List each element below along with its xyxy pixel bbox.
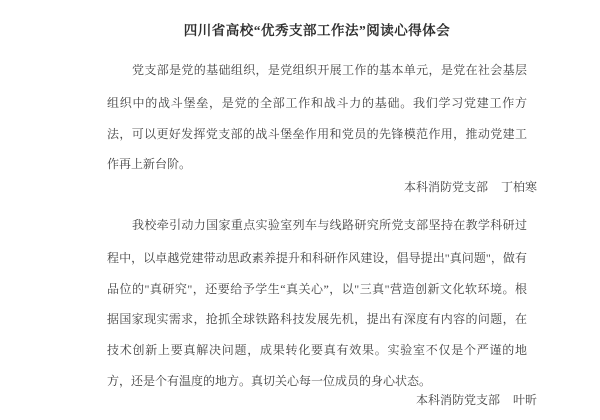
signature-block-2: 本科消防党支部叶昕 <box>107 392 537 408</box>
paragraph2-line-2: 程中，以卓越党建带动思政素养提升和科研作风建设，倡导提出"真问题"，做有 <box>107 250 527 266</box>
signature-block-1: 本科消防党支部丁柏寒 <box>107 179 537 195</box>
signature1-name: 丁柏寒 <box>501 180 537 194</box>
paragraph2-line-5: 技术创新上要真解决问题，成果转化要真有效果。实验室不仅是个严谨的地 <box>107 342 527 358</box>
paragraph1-line-1: 党支部是党的基础组织，是党组织开展工作的基本单元，是党在社会基层 <box>107 62 527 78</box>
paragraph2-line-3: 品位的"真研究"，还要给予学生“真关心”，以"三真"营造创新文化软环境。根 <box>107 281 527 297</box>
signature1-unit: 本科消防党支部 <box>404 180 488 194</box>
paragraph2-line-6: 方，还是个有温度的地方。真切关心每一位成员的身心状态。 <box>107 373 527 389</box>
paragraph2-line-4: 据国家现实需求，抢抓全球铁路科技发展先机，提出有深度有内容的问题，在 <box>107 311 527 327</box>
paragraph2-line-1: 我校牵引动力国家重点实验室列车与线路研究所党支部坚持在教学科研过 <box>107 217 527 233</box>
document-title: 四川省高校“优秀支部工作法”阅读心得体会 <box>107 23 527 39</box>
paragraph1-line-3: 法，可以更好发挥党支部的战斗堡垒作用和党员的先锋模范作用，推动党建工 <box>107 126 527 142</box>
paragraph1-line-2: 组织中的战斗堡垒，是党的全部工作和战斗力的基础。我们学习党建工作方 <box>107 95 527 111</box>
signature2-name: 叶昕 <box>513 393 537 407</box>
document-page: 四川省高校“优秀支部工作法”阅读心得体会 党支部是党的基础组织，是党组织开展工作… <box>0 0 600 420</box>
paragraph1-line-4: 作再上新台阶。 <box>107 156 527 172</box>
signature2-unit: 本科消防党支部 <box>416 393 500 407</box>
